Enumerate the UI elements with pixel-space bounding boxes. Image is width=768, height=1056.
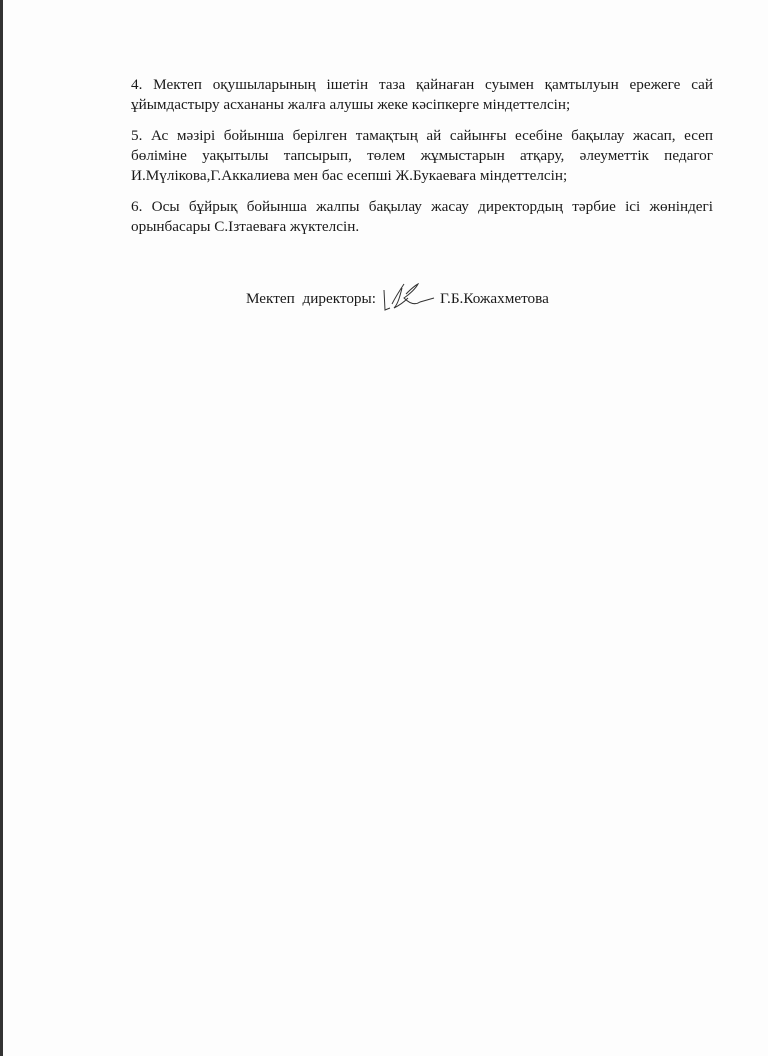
director-name: Г.Б.Кожахметова bbox=[440, 290, 549, 308]
paragraph-4: 4. Мектеп оқушыларының ішетін таза қайна… bbox=[131, 75, 713, 115]
scan-edge bbox=[0, 0, 3, 1056]
document-body: 4. Мектеп оқушыларының ішетін таза қайна… bbox=[131, 75, 713, 248]
paragraph-5: 5. Ас мәзірі бойынша берілген тамақтың а… bbox=[131, 126, 713, 186]
signature-label: Мектеп директоры: bbox=[246, 290, 376, 308]
handwritten-signature-icon bbox=[380, 280, 436, 312]
scanned-page: 4. Мектеп оқушыларының ішетін таза қайна… bbox=[0, 0, 768, 1056]
signature-block: Мектеп директоры: Г.Б.Кожахметова bbox=[246, 283, 549, 315]
paragraph-6: 6. Осы бұйрық бойынша жалпы бақылау жаса… bbox=[131, 197, 713, 237]
